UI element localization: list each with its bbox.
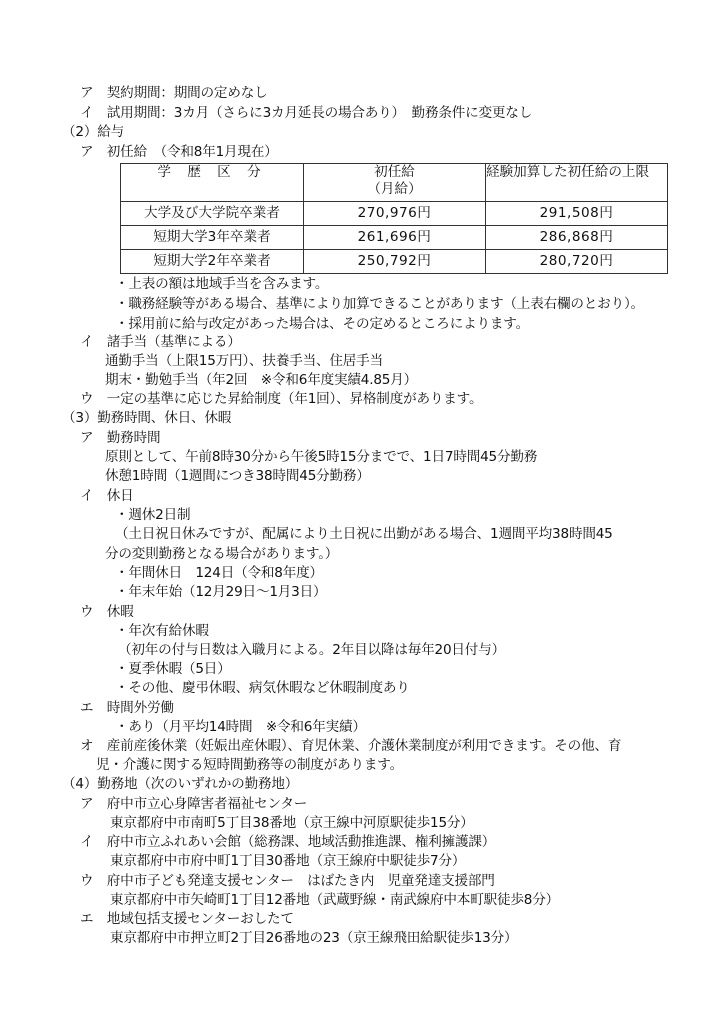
cell-max-salary: 280,720円 [486, 250, 668, 274]
text-line: 東京都府中市府中町1丁目30番地（京王線府中駅徒歩7分） [110, 852, 465, 870]
text-line: ・夏季休暇（5日） [115, 660, 231, 678]
text-line: エ 地域包括支援センターおしたて [80, 910, 294, 928]
text-line: ウ 一定の基準に応じた昇給制度（年1回）、昇格制度があります。 [80, 390, 482, 408]
cell-education: 短期大学2年卒業者 [121, 250, 304, 274]
cell-max-salary: 286,868円 [486, 226, 668, 250]
text-line: ・年間休日 124日（令和8年度） [115, 564, 323, 582]
text-line: ・採用前に給与改定があった場合は、その定めるところによります。 [115, 315, 529, 333]
text-line: （4）勤務地（次のいずれかの勤務地） [62, 775, 298, 793]
text-line: 分の変則勤務となる場合があります。） [105, 545, 338, 563]
text-line: 児・介護に関する短時間勤務等の制度があります。 [96, 756, 403, 774]
text-line: ア 府中市立心身障害者福祉センター [80, 795, 307, 813]
text-line: ・上表の額は地域手当を含みます。 [115, 275, 328, 293]
header-max-salary: 経験加算した初任給の上限 [486, 164, 668, 202]
text-line: 東京都府中市矢崎町1丁目12番地（武蔵野線・南武線府中本町駅徒歩8分） [110, 891, 559, 909]
starting-salary-table: 学 歴 区 分 初任給 （月給） 経験加算した初任給の上限 大学及び大学院卒業者… [120, 163, 668, 274]
header-starting-salary-line1: 初任給 [304, 164, 485, 181]
text-line: 東京都府中市南町5丁目38番地（京王線中河原駅徒歩15分） [110, 814, 474, 832]
header-starting-salary-line2: （月給） [304, 181, 485, 198]
header-starting-salary: 初任給 （月給） [304, 164, 486, 202]
table-row: 短期大学3年卒業者 261,696円 286,868円 [121, 226, 668, 250]
text-line: ・年末年始（12月29日～1月3日） [115, 583, 326, 601]
text-line: イ 休日 [80, 487, 134, 505]
table-row: 大学及び大学院卒業者 270,976円 291,508円 [121, 202, 668, 226]
text-line: ア 契約期間：期間の定めなし [80, 84, 268, 102]
text-line: エ 時間外労働 [80, 699, 174, 717]
table-row: 短期大学2年卒業者 250,792円 280,720円 [121, 250, 668, 274]
text-line: ・職務経験等がある場合、基準により加算できることがあります（上表右欄のとおり）。 [115, 295, 644, 313]
text-line: 休憩1時間（1週間につき38時間45分勤務） [105, 467, 370, 485]
text-line: 東京都府中市押立町2丁目26番地の23（京王線飛田給駅徒歩13分） [110, 929, 517, 947]
text-line: （初年の付与日数は入職月による。2年目以降は毎年20日付与） [118, 641, 505, 659]
text-line: ウ 府中市子ども発達支援センター はばたき内 児童発達支援部門 [80, 872, 495, 890]
text-line: （土日祝日休みですが、配属により土日祝に出勤がある場合、1週間平均38時間45 [115, 525, 613, 543]
text-line: （3）勤務時間、休日、休暇 [62, 409, 231, 427]
header-education: 学 歴 区 分 [121, 164, 304, 202]
text-line: 期末・勤勉手当（年2回 ※令和6年度実績4.85月） [105, 371, 417, 389]
text-line: オ 産前産後休業（妊娠出産休暇）、育児休業、介護休業制度が利用できます。その他、… [80, 737, 621, 755]
text-line: 通勤手当（上限15万円）、扶養手当、住居手当 [105, 352, 383, 370]
cell-education: 短期大学3年卒業者 [121, 226, 304, 250]
text-line: イ 諸手当（基準による） [80, 333, 241, 351]
text-line: ・年次有給休暇 [115, 622, 209, 640]
table-header-row: 学 歴 区 分 初任給 （月給） 経験加算した初任給の上限 [121, 164, 668, 202]
text-line: ・週休2日制 [115, 506, 190, 524]
text-line: ・あり（月平均14時間 ※令和6年実績） [115, 718, 366, 736]
cell-starting-salary: 261,696円 [304, 226, 486, 250]
text-line: ウ 休暇 [80, 603, 134, 621]
text-line: イ 試用期間：3カ月（さらに3カ月延長の場合あり） 勤務条件に変更なし [80, 104, 532, 122]
cell-starting-salary: 250,792円 [304, 250, 486, 274]
cell-max-salary: 291,508円 [486, 202, 668, 226]
cell-education: 大学及び大学院卒業者 [121, 202, 304, 226]
text-line: ・その他、慶弔休暇、病気休暇など休暇制度あり [115, 679, 410, 697]
text-line: ア 勤務時間 [80, 429, 160, 447]
text-line: 原則として、午前8時30分から午後5時15分までで、1日7時間45分勤務 [105, 448, 537, 466]
text-line: イ 府中市立ふれあい会館（総務課、地域活動推進課、権利擁護課） [80, 833, 495, 851]
cell-starting-salary: 270,976円 [304, 202, 486, 226]
text-line: （2）給与 [62, 123, 124, 141]
text-line: ア 初任給 （令和8年1月現在） [80, 143, 278, 161]
